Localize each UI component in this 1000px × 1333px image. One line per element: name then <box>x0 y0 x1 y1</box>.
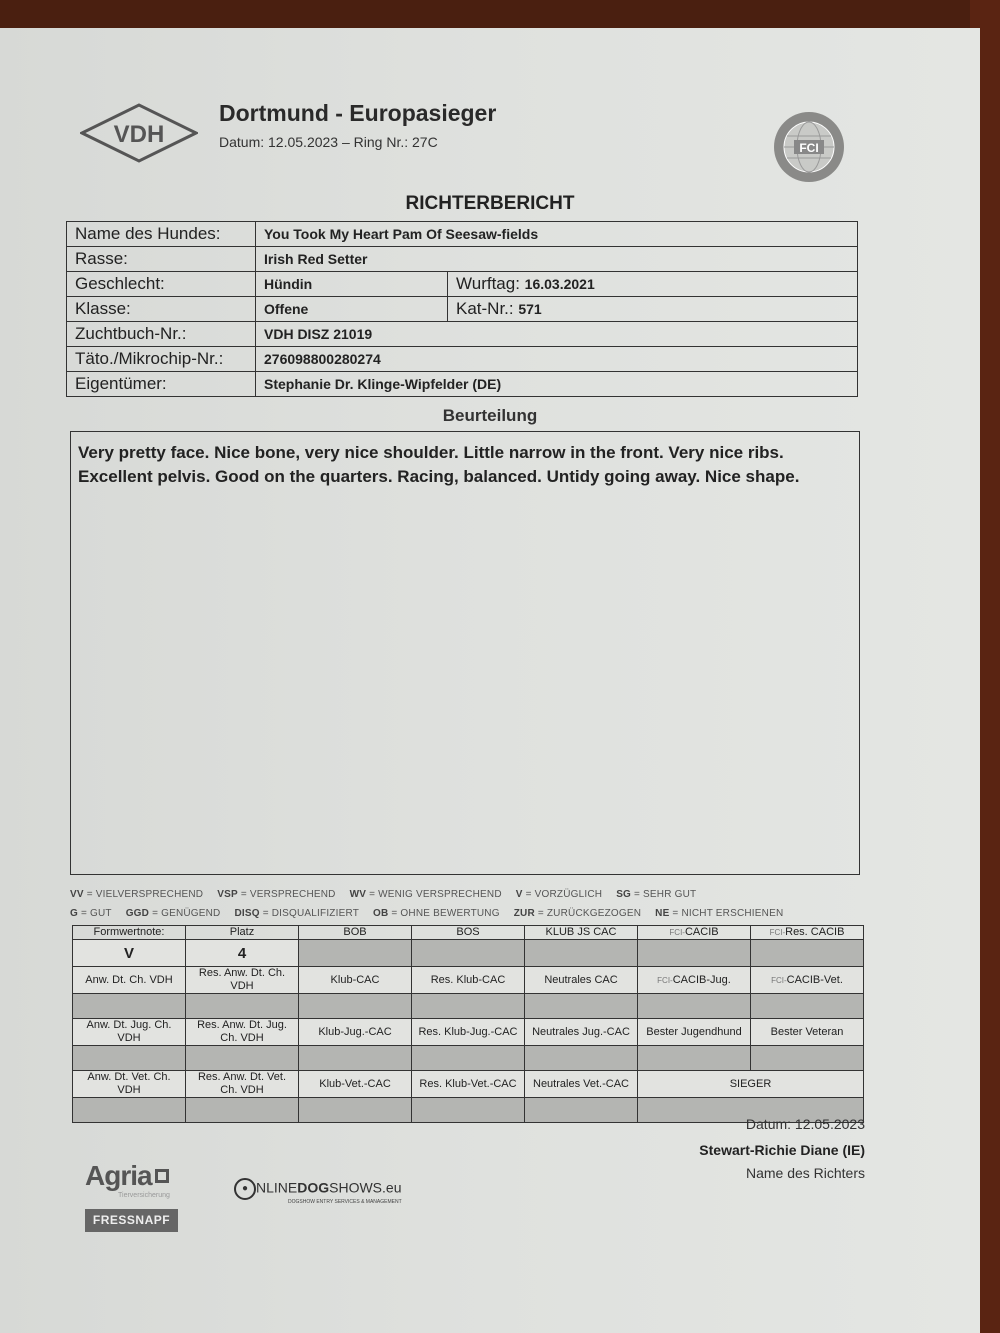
row-studbook: Zuchtbuch-Nr.: VDH DISZ 21019 <box>67 322 858 347</box>
award-box <box>299 1046 412 1071</box>
award-label: Bester Jugendhund <box>638 1019 751 1046</box>
award-box <box>186 1098 299 1123</box>
legend-item: WV = WENIG VERSPRECHEND <box>350 889 502 900</box>
legend-row-2: G = GUTGGD = GENÜGENDDISQ = DISQUALIFIZI… <box>70 908 797 919</box>
header-place: Platz <box>186 926 299 940</box>
birth-value: 16.03.2021 <box>525 276 595 292</box>
legend-item: OB = OHNE BEWERTUNG <box>373 908 500 919</box>
award-box <box>412 1046 525 1071</box>
award-box <box>73 994 186 1019</box>
awards-value-row: V 4 <box>73 940 864 967</box>
awards-box-row-2 <box>73 1046 864 1071</box>
award-label: Anw. Dt. Vet. Ch. VDH <box>73 1071 186 1098</box>
award-label: Res. Anw. Dt. Vet. Ch. VDH <box>186 1071 299 1098</box>
award-box <box>412 1098 525 1123</box>
legend-item: ZUR = ZURÜCKGEZOGEN <box>514 908 641 919</box>
cacib-box <box>638 940 751 967</box>
legend-item: GGD = GENÜGEND <box>126 908 221 919</box>
onlinedogshows-logo: ●NLINEDOGSHOWS.eu <box>234 1178 401 1200</box>
award-box <box>638 994 751 1019</box>
fci-logo-icon: FCI <box>772 110 846 184</box>
award-box <box>186 1046 299 1071</box>
agria-logo: Agria <box>85 1160 169 1192</box>
row-owner: Eigentümer: Stephanie Dr. Klinge-Wipfeld… <box>67 372 858 397</box>
owner-value: Stephanie Dr. Klinge-Wipfelder (DE) <box>256 372 858 397</box>
award-label: FCI-CACIB-Vet. <box>751 967 864 994</box>
legend-row-1: VV = VIELVERSPRECHENDVSP = VERSPRECHENDW… <box>70 889 710 900</box>
svg-text:FCI: FCI <box>799 141 818 155</box>
row-breed: Rasse: Irish Red Setter <box>67 247 858 272</box>
award-label: Res. Klub-CAC <box>412 967 525 994</box>
vdh-logo-icon: VDH <box>80 102 198 164</box>
legend-item: V = VORZÜGLICH <box>516 889 602 900</box>
legend-item: NE = NICHT ERSCHIENEN <box>655 908 783 919</box>
show-title: Dortmund - Europasieger <box>219 100 496 127</box>
bos-box <box>412 940 525 967</box>
award-label: Res. Anw. Dt. Jug. Ch. VDH <box>186 1019 299 1046</box>
assessment-box: Very pretty face. Nice bone, very nice s… <box>70 431 860 875</box>
award-label: FCI-CACIB-Jug. <box>638 967 751 994</box>
awards-table: Formwertnote: Platz BOB BOS KLUB JS CAC … <box>72 925 864 1123</box>
sex-value: Hündin <box>256 272 448 297</box>
catalog-label: Kat-Nr.: <box>456 299 514 318</box>
chip-label: Täto./Mikrochip-Nr.: <box>67 347 256 372</box>
awards-label-row-3: Anw. Dt. Vet. Ch. VDH Res. Anw. Dt. Vet.… <box>73 1071 864 1098</box>
bob-box <box>299 940 412 967</box>
header-bos: BOS <box>412 926 525 940</box>
award-label: Klub-Vet.-CAC <box>299 1071 412 1098</box>
legend-item: SG = SEHR GUT <box>616 889 696 900</box>
birth-cell: Wurftag: 16.03.2021 <box>448 272 858 297</box>
awards-header-row: Formwertnote: Platz BOB BOS KLUB JS CAC … <box>73 926 864 940</box>
award-box <box>525 994 638 1019</box>
name-label: Name des Hundes: <box>67 222 256 247</box>
class-value: Offene <box>256 297 448 322</box>
header-klub-js-cac: KLUB JS CAC <box>525 926 638 940</box>
award-box <box>525 1098 638 1123</box>
row-name: Name des Hundes: You Took My Heart Pam O… <box>67 222 858 247</box>
assessment-label: Beurteilung <box>0 406 980 426</box>
award-box <box>299 1098 412 1123</box>
assessment-line-2: Excellent pelvis. Good on the quarters. … <box>78 465 852 489</box>
award-label: Bester Veteran <box>751 1019 864 1046</box>
legend-item: VSP = VERSPRECHEND <box>217 889 335 900</box>
award-label: Neutrales Vet.-CAC <box>525 1071 638 1098</box>
award-box <box>412 994 525 1019</box>
award-box <box>751 1046 864 1071</box>
chip-value: 276098800280274 <box>256 347 858 372</box>
award-label: Klub-Jug.-CAC <box>299 1019 412 1046</box>
res-cacib-box <box>751 940 864 967</box>
award-label: Res. Anw. Dt. Ch. VDH <box>186 967 299 994</box>
onlinedogshows-subtitle: DOGSHOW ENTRY SERVICES & MANAGEMENT <box>288 1199 402 1205</box>
owner-label: Eigentümer: <box>67 372 256 397</box>
award-box <box>751 994 864 1019</box>
awards-label-row-1: Anw. Dt. Ch. VDH Res. Anw. Dt. Ch. VDH K… <box>73 967 864 994</box>
svg-text:VDH: VDH <box>114 121 165 148</box>
dog-info-table: Name des Hundes: You Took My Heart Pam O… <box>66 221 858 397</box>
award-label: Neutrales Jug.-CAC <box>525 1019 638 1046</box>
legend-item: VV = VIELVERSPRECHEND <box>70 889 203 900</box>
fressnapf-logo: FRESSNAPF <box>85 1209 178 1232</box>
paw-icon: ● <box>234 1178 256 1200</box>
studbook-label: Zuchtbuch-Nr.: <box>67 322 256 347</box>
klub-js-cac-box <box>525 940 638 967</box>
award-label: Neutrales CAC <box>525 967 638 994</box>
legend-item: G = GUT <box>70 908 112 919</box>
award-box <box>525 1046 638 1071</box>
awards-label-row-2: Anw. Dt. Jug. Ch. VDH Res. Anw. Dt. Jug.… <box>73 1019 864 1046</box>
report-title: RICHTERBERICHT <box>0 193 980 215</box>
agria-subtitle: Tierversicherung <box>118 1192 170 1199</box>
header-grade: Formwertnote: <box>73 926 186 940</box>
award-box <box>186 994 299 1019</box>
row-chip: Täto./Mikrochip-Nr.: 276098800280274 <box>67 347 858 372</box>
award-label: Res. Klub-Jug.-CAC <box>412 1019 525 1046</box>
judge-label: Name des Richters <box>640 1165 865 1181</box>
studbook-value: VDH DISZ 21019 <box>256 322 858 347</box>
award-box <box>73 1098 186 1123</box>
award-label: Klub-CAC <box>299 967 412 994</box>
award-label: Anw. Dt. Jug. Ch. VDH <box>73 1019 186 1046</box>
catalog-cell: Kat-Nr.: 571 <box>448 297 858 322</box>
sex-label: Geschlecht: <box>67 272 256 297</box>
breed-value: Irish Red Setter <box>256 247 858 272</box>
award-label-sieger: SIEGER <box>638 1071 864 1098</box>
header-cacib: FCI-CACIB <box>638 926 751 940</box>
award-box <box>299 994 412 1019</box>
grade-value: V <box>73 940 186 967</box>
place-value: 4 <box>186 940 299 967</box>
award-label: Anw. Dt. Ch. VDH <box>73 967 186 994</box>
name-value: You Took My Heart Pam Of Seesaw-fields <box>256 222 858 247</box>
assessment-line-1: Very pretty face. Nice bone, very nice s… <box>78 441 852 465</box>
catalog-value: 571 <box>518 301 541 317</box>
award-label: Res. Klub-Vet.-CAC <box>412 1071 525 1098</box>
legend-item: DISQ = DISQUALIFIZIERT <box>234 908 359 919</box>
award-box <box>73 1046 186 1071</box>
row-class: Klasse: Offene Kat-Nr.: 571 <box>67 297 858 322</box>
header-res-cacib: FCI-Res. CACIB <box>751 926 864 940</box>
breed-label: Rasse: <box>67 247 256 272</box>
award-box <box>638 1046 751 1071</box>
header-bob: BOB <box>299 926 412 940</box>
judge-name: Stewart-Richie Diane (IE) <box>600 1142 865 1158</box>
row-sex: Geschlecht: Hündin Wurftag: 16.03.2021 <box>67 272 858 297</box>
show-subtitle: Datum: 12.05.2023 – Ring Nr.: 27C <box>219 134 438 150</box>
agria-mark-icon <box>155 1169 169 1183</box>
class-label: Klasse: <box>67 297 256 322</box>
birth-label: Wurftag: <box>456 274 520 293</box>
signature-date: Datum: 12.05.2023 <box>640 1116 865 1132</box>
awards-box-row-1 <box>73 994 864 1019</box>
